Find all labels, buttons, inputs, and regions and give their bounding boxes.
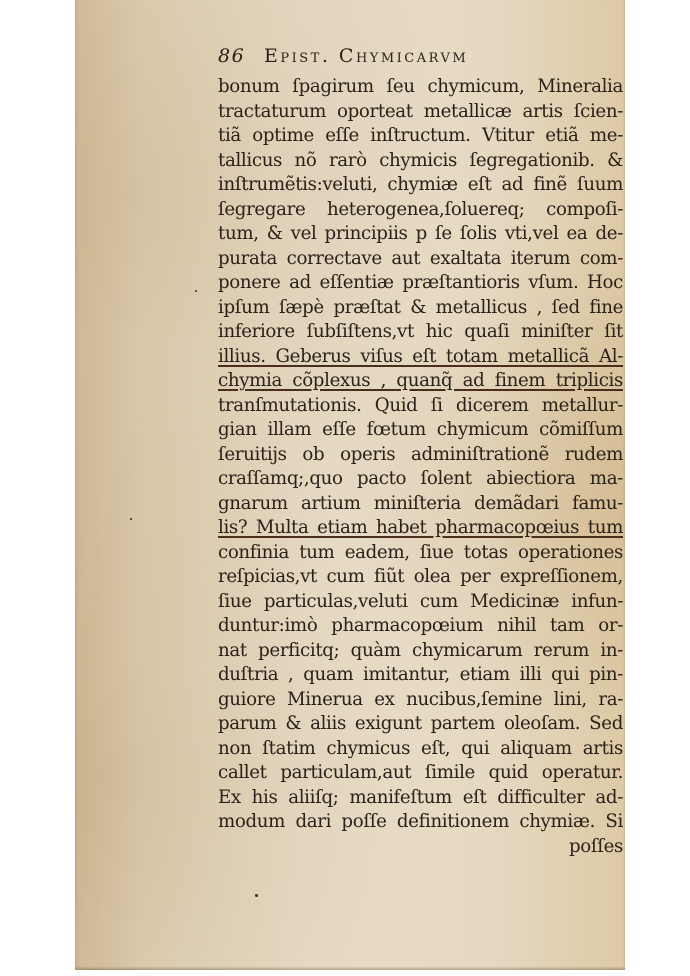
text-line: tum, & vel principiis p ſe ſolis vti,vel… [218,222,623,247]
catchword: poſſes [218,835,623,860]
book-page: 86 Epist. Chymicarvm bonum ſpagirum ſeu … [75,0,625,970]
text-line: craſſamq;,quo pacto ſolent abiectiora ma… [218,467,623,492]
text-line: modum dari poſſe definitionem chymiæ. Si [218,810,623,835]
text-line: purata correctave aut exaltata iterum co… [218,247,623,272]
running-head: 86 Epist. Chymicarvm [218,45,623,75]
text-line: ſegregare heterogenea,ſoluereq; compoſi- [218,198,623,223]
text-line: reſpicias,vt cum fiũt olea per expreſſio… [218,565,623,590]
text-line: guiore Minerua ex nucibus,ſemine lini, r… [218,688,623,713]
ink-speck [195,290,197,292]
text-line: tranſmutationis. Quid ſi dicerem metallu… [218,394,623,419]
text-line-underlined: chymia cõplexus , quanq̃ ad finem tripli… [218,369,623,394]
text-line: confinia tum eadem, ſiue totas operation… [218,541,623,566]
text-line: gian illam eſſe fœtum chymicum cõmiſſum [218,418,623,443]
text-line: inſtrumẽtis:veluti, chymiæ eſt ad finẽ ſ… [218,173,623,198]
text-line: parum & aliis exigunt partem oleoſam. Se… [218,712,623,737]
text-line: tiã optime eſſe inſtructum. Vtitur etiã … [218,124,623,149]
page-content: 86 Epist. Chymicarvm bonum ſpagirum ſeu … [218,45,623,859]
text-line: duſtria , quam imitantur, etiam illi qui… [218,663,623,688]
text-line: ponere ad eſſentiæ præſtantioris vſum. H… [218,271,623,296]
body-text: bonum ſpagirum ſeu chymicum, Mineralia t… [218,75,623,859]
ink-speck [130,518,132,520]
text-line: non ſtatim chymicus eſt, qui aliquam art… [218,737,623,762]
text-line: tallicus nõ rarò chymicis ſegregationib.… [218,149,623,174]
ink-speck [255,894,258,897]
text-line: nat perficitq; quàm chymicarum rerum in- [218,639,623,664]
text-line: ſeruitijs ob operis adminiſtrationẽ rude… [218,443,623,468]
page-number: 86 [218,45,264,67]
text-line: inferiore ſubſiſtens,vt hic quaſi miniſt… [218,320,623,345]
text-line: callet particulam,aut ſimile quid operat… [218,761,623,786]
text-line-underlined: lis? Multa etiam habet pharmacopœius tum [218,516,623,541]
running-head-title: Epist. Chymicarvm [264,45,468,67]
text-line: tractaturum oporteat metallicæ artis ſci… [218,100,623,125]
text-line: bonum ſpagirum ſeu chymicum, Mineralia [218,75,623,100]
text-line-underlined: illius. Geberus viſus eſt totam metallic… [218,345,623,370]
text-line: duntur:imò pharmacopœium nihil tam or- [218,614,623,639]
text-line: ipſum ſæpè præſtat & metallicus , ſed fi… [218,296,623,321]
text-line: gnarum artium miniſteria demãdari famu- [218,492,623,517]
text-line: ſiue particulas,veluti cum Medicinæ infu… [218,590,623,615]
text-line: Ex his aliiſq; manifeſtum eſt difficulte… [218,786,623,811]
